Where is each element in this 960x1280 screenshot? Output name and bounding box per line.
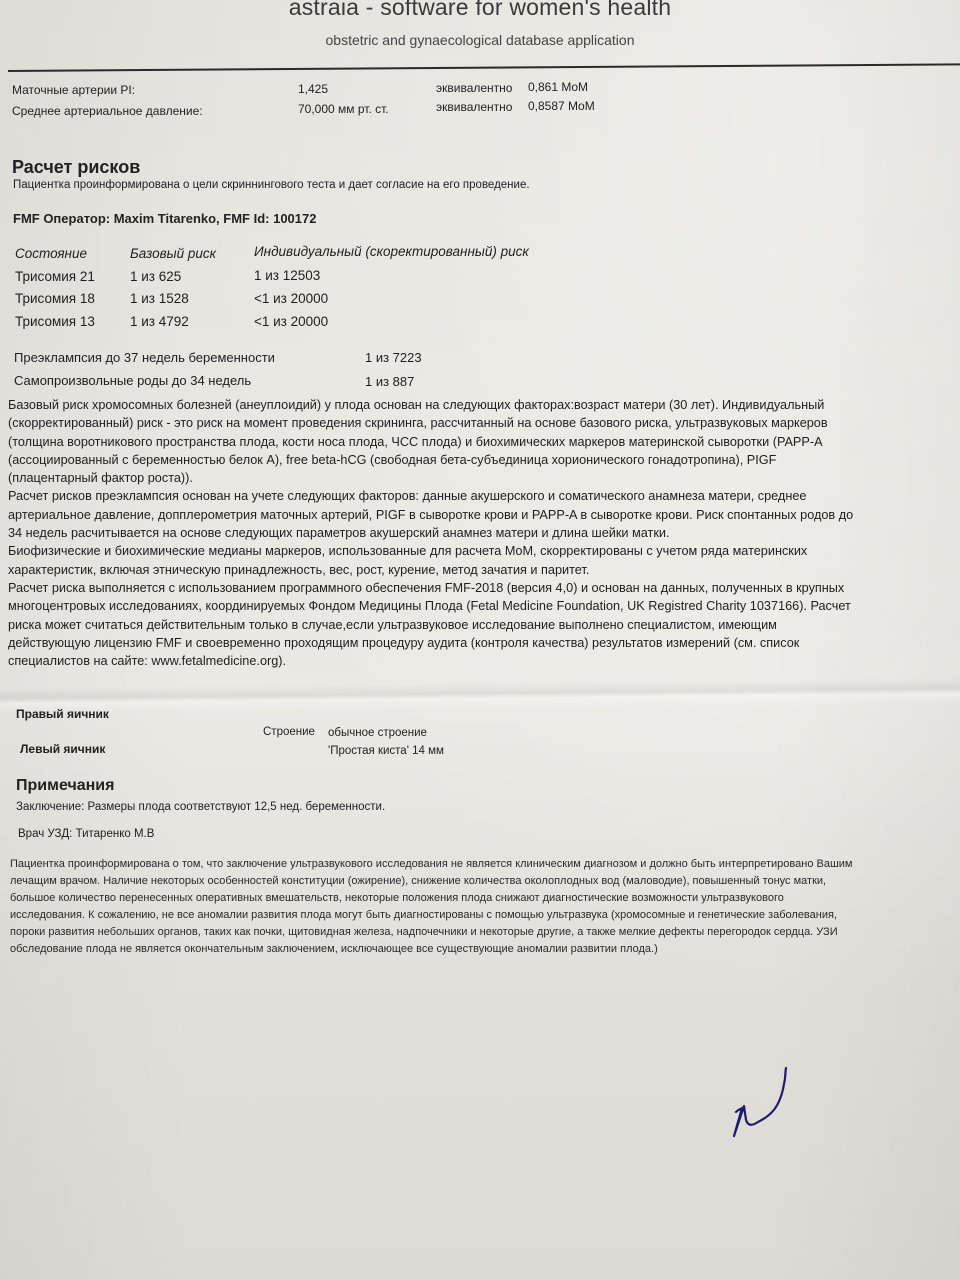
- explanation-line: специалистов на сайте: www.fetalmedicine…: [8, 652, 960, 670]
- disclaimer-line: пороки развития небольших органов, таких…: [10, 924, 960, 941]
- disclaimer-line: лечащим врачом. Наличие некоторых особен…: [10, 873, 960, 890]
- mom-value: 0,8587 MoM: [528, 99, 595, 113]
- app-subtitle: obstetric and gynaecological database ap…: [0, 32, 960, 48]
- measurement-label: Среднее артериальное давление:: [12, 104, 203, 118]
- explanation-line: риска может считаться действительным тол…: [8, 616, 960, 634]
- table-cell-condition: Трисомия 21: [15, 269, 95, 284]
- table-cell-individual-risk: <1 из 20000: [254, 291, 328, 306]
- preterm-birth-value: 1 из 887: [365, 374, 414, 389]
- explanation-line: Расчет риска выполняется с использование…: [8, 579, 960, 597]
- preeclampsia-label: Преэклампсия до 37 недель беременности: [14, 350, 275, 365]
- structure-value: обычное строение: [328, 727, 427, 739]
- disclaimer-line: большое количество перенесенных оператив…: [10, 890, 960, 907]
- measurement-label: Маточные артерии PI:: [12, 83, 135, 97]
- explanation-line: артериальное давление, допплерометрия ма…: [8, 506, 960, 524]
- explanation-line: (ассоциированный с беременностью белок А…: [8, 451, 960, 469]
- measurement-value: 1,425: [298, 82, 328, 96]
- explanation-line: действующую лицензию FMF и своевременно …: [8, 634, 960, 652]
- table-header-individual-risk: Индивидуальный (скоректированный) риск: [254, 244, 529, 259]
- table-header-base-risk: Базовый риск: [130, 246, 216, 261]
- table-cell-individual-risk: <1 из 20000: [254, 314, 328, 329]
- paper-fold: [0, 678, 960, 714]
- explanation-line: (толщина воротникового пространства плод…: [8, 433, 960, 451]
- explanation-line: (скорректированный) риск - это риск на м…: [8, 414, 960, 432]
- equivalent-label: эквивалентно: [436, 81, 512, 95]
- explanation-line: характеристик, включая этническую принад…: [8, 561, 960, 579]
- explanation-line: 34 недель расчитывается на основе следую…: [8, 524, 960, 542]
- table-header-condition: Состояние: [15, 246, 87, 261]
- explanation-line: (плацентарный фактор роста)).: [8, 469, 960, 487]
- equivalent-label: эквивалентно: [436, 100, 512, 114]
- fmf-operator: FMF Оператор: Maxim Titarenko, FMF Id: 1…: [13, 211, 316, 226]
- conclusion-text: Заключение: Размеры плода соответствуют …: [16, 801, 385, 813]
- ovary-finding: 'Простая киста' 14 мм: [328, 745, 444, 757]
- notes-title: Примечания: [16, 777, 114, 795]
- preeclampsia-value: 1 из 7223: [365, 350, 422, 365]
- disclaimer: Пациентка проинформирована о том, что за…: [10, 856, 960, 958]
- doctor-name: Врач УЗД: Титаренко М.В: [18, 828, 154, 840]
- mom-value: 0,861 MoM: [528, 80, 588, 94]
- disclaimer-line: исследования. К сожалению, не все аномал…: [10, 907, 960, 924]
- risk-section-title: Расчет рисков: [12, 157, 140, 178]
- explanation-line: многоцентровых исследованиях, координиру…: [8, 597, 960, 615]
- explanation-line: Расчет рисков преэклампсия основан на уч…: [8, 487, 960, 505]
- left-ovary-label: Левый яичник: [20, 742, 105, 756]
- handwritten-signature: [718, 1050, 818, 1150]
- measurement-value: 70,000 мм рт. ст.: [298, 102, 389, 116]
- disclaimer-line: Пациентка проинформирована о том, что за…: [10, 856, 960, 873]
- risk-explanation: Базовый риск хромосомных болезней (анеуп…: [8, 396, 960, 670]
- consent-text: Пациентка проинформирована о цели скринн…: [13, 179, 530, 191]
- table-cell-base-risk: 1 из 625: [130, 269, 181, 284]
- table-cell-base-risk: 1 из 4792: [130, 314, 189, 329]
- table-cell-condition: Трисомия 18: [15, 291, 95, 306]
- header-divider: [8, 63, 960, 72]
- table-cell-condition: Трисомия 13: [15, 314, 95, 329]
- disclaimer-line: обследование плода не является окончател…: [10, 941, 960, 958]
- preterm-birth-label: Самопроизвольные роды до 34 недель: [14, 373, 251, 388]
- right-ovary-label: Правый яичник: [16, 707, 109, 721]
- signature-stroke: [734, 1068, 786, 1136]
- table-cell-base-risk: 1 из 1528: [130, 291, 189, 306]
- table-cell-individual-risk: 1 из 12503: [254, 268, 320, 283]
- explanation-line: Базовый риск хромосомных болезней (анеуп…: [8, 396, 960, 414]
- structure-label: Строение: [263, 726, 315, 738]
- explanation-line: Биофизические и биохимические медианы ма…: [8, 542, 960, 560]
- app-title: astraia - software for women's health: [0, 0, 960, 21]
